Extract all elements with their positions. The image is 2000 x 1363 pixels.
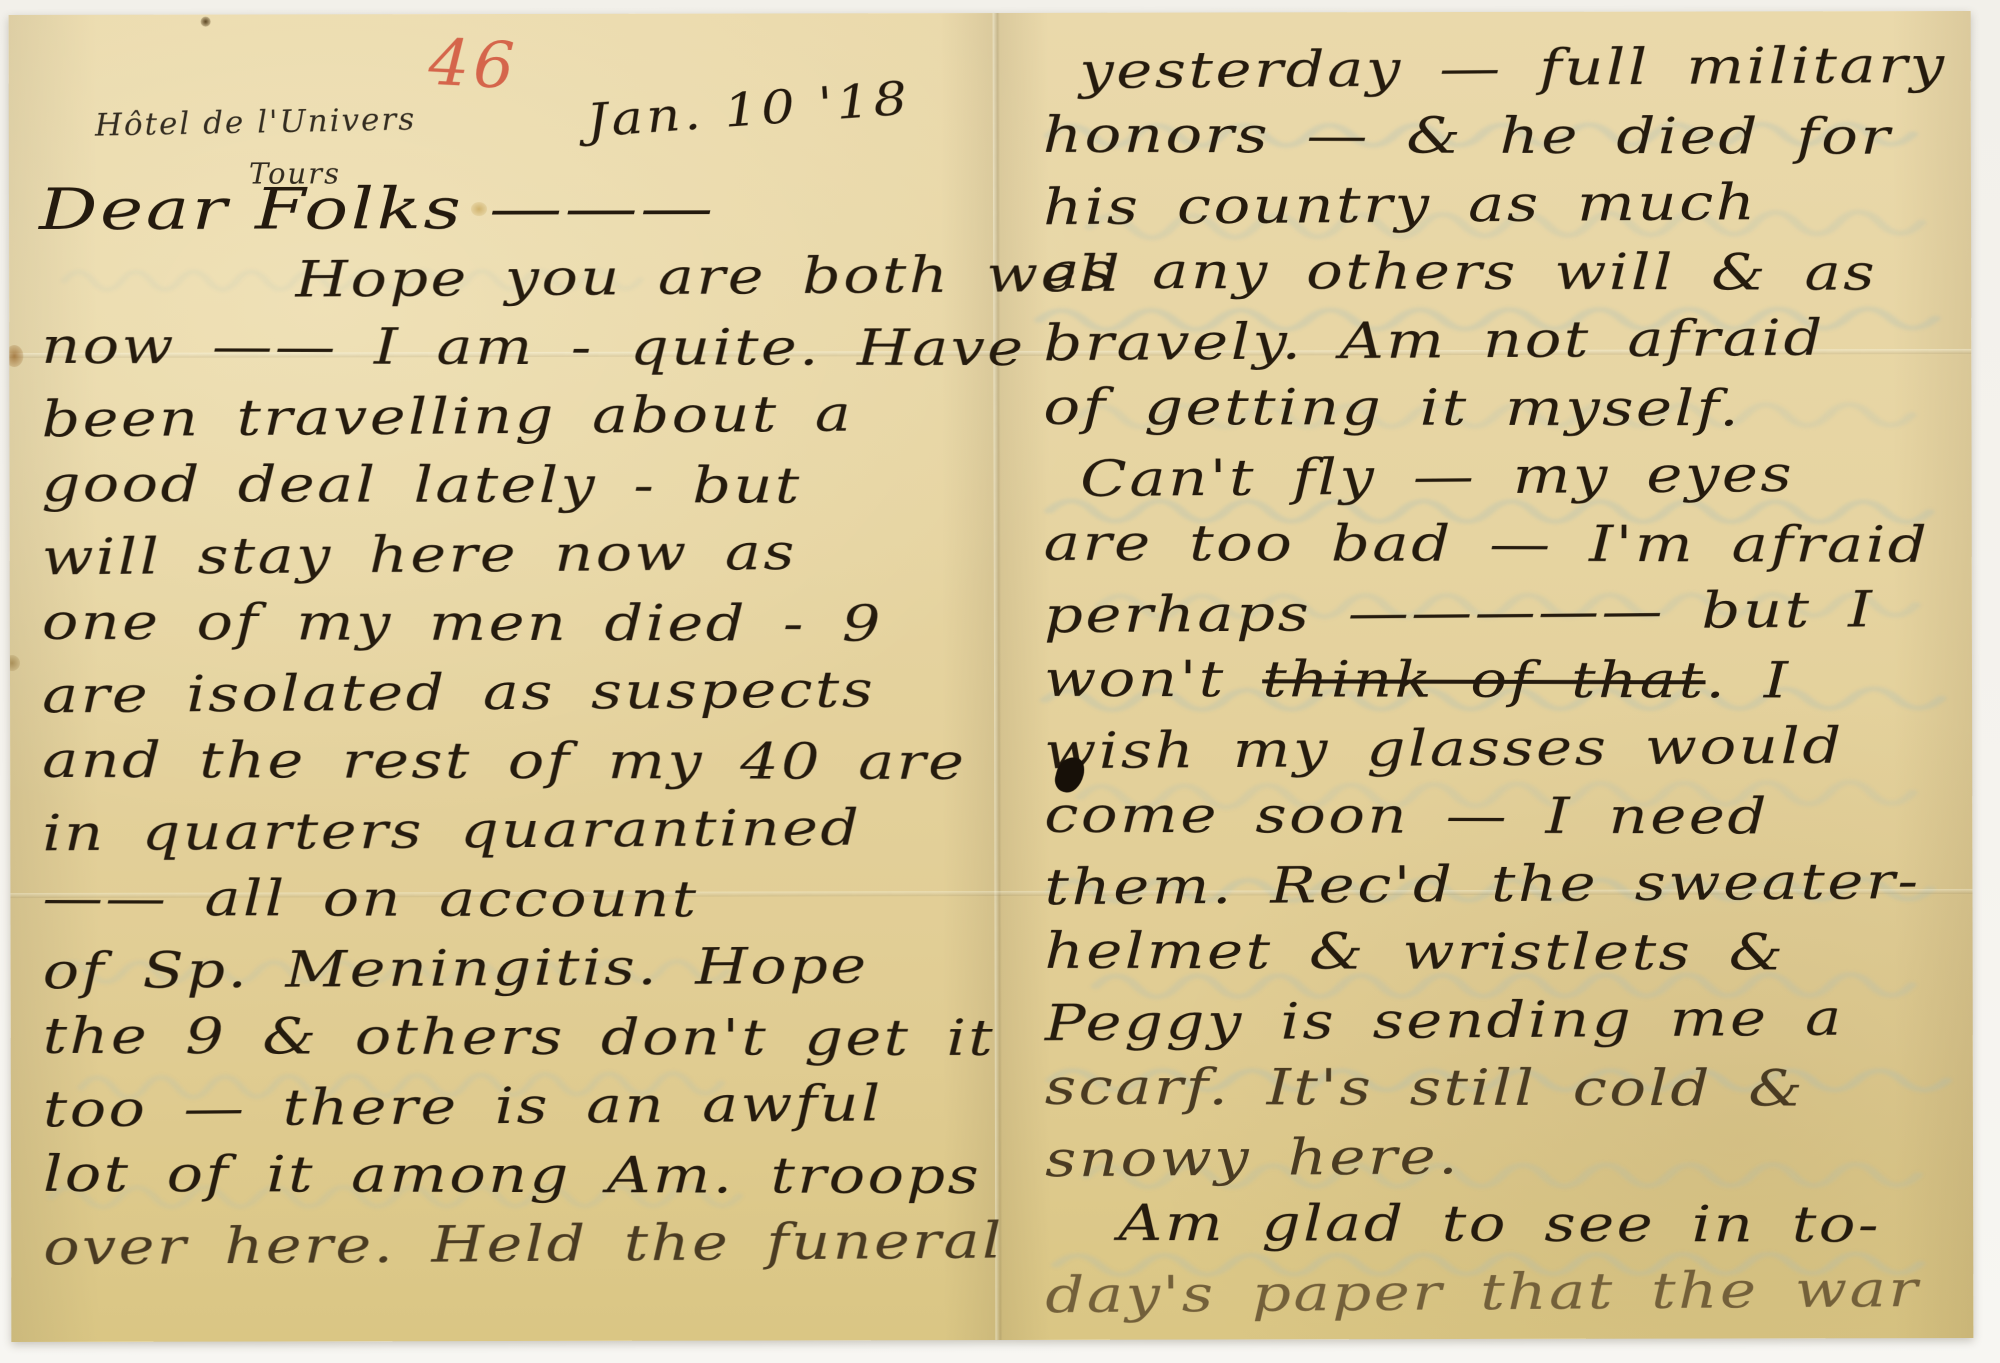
- handwritten-line-with-strikethrough: won't think of that. I: [1044, 645, 1974, 715]
- handwritten-line: day's paper that the war: [1045, 1255, 1973, 1330]
- handwritten-line: too — there is an awful: [43, 1069, 1000, 1145]
- letter-sheet: Hôtel de l'Univers Tours 46 Jan. 10 '18 …: [9, 11, 1974, 1342]
- handwritten-line: of Sp. Meningitis. Hope: [42, 931, 999, 1007]
- handwritten-line: of getting it myself.: [1043, 373, 1973, 443]
- handwritten-line: one of my men died - 9: [42, 588, 998, 659]
- salutation: Dear Folks ———: [39, 176, 716, 243]
- handwritten-line: Can't fly — my eyes: [1043, 439, 1973, 514]
- handwritten-line: been travelling about a: [41, 379, 998, 455]
- handwritten-line: Hope you are both well: [41, 241, 998, 317]
- archival-number-stamp: 46: [427, 26, 520, 104]
- handwritten-line: snowy here.: [1045, 1119, 1974, 1194]
- handwritten-line: are isolated as suspects: [42, 655, 999, 731]
- line-fragment: . I: [1705, 651, 1790, 709]
- foxing-stain: [9, 345, 24, 367]
- handwritten-line: lot of it among Am. troops: [43, 1140, 999, 1211]
- handwritten-line: over here. Held the funeral: [43, 1207, 1000, 1283]
- date: Jan. 10 '18: [585, 71, 912, 148]
- handwritten-line: wish my glasses would: [1044, 711, 1974, 786]
- page-right: yesterday — full military honors — & he …: [1017, 11, 1970, 1340]
- handwritten-line: in quarters quarantined: [42, 793, 999, 869]
- handwritten-line: the 9 & others don't get it: [43, 1002, 999, 1073]
- handwritten-line: are too bad — I'm afraid: [1044, 509, 1974, 579]
- foxing-stain: [9, 655, 20, 671]
- handwritten-line: good deal lately - but: [41, 450, 997, 521]
- handwritten-line: —— all on account: [42, 864, 998, 935]
- line-fragment: won't: [1044, 650, 1262, 708]
- right-page-body: yesterday — full military honors — & he …: [1043, 33, 1974, 1327]
- handwritten-line: as any others will & as: [1043, 237, 1973, 307]
- handwritten-line: helmet & wristlets &: [1044, 917, 1973, 987]
- struck-text: think of that: [1262, 650, 1706, 709]
- handwritten-line: his country as much: [1043, 167, 1974, 242]
- handwritten-line: them. Rec'd the sweater-: [1044, 847, 1973, 922]
- handwritten-line: scarf. It's still cold &: [1045, 1053, 1974, 1123]
- handwritten-line: now —— I am - quite. Have: [41, 312, 997, 383]
- handwritten-line: yesterday — full military: [1042, 31, 1973, 106]
- left-page-body: Hope you are both well now —— I am - qui…: [41, 243, 999, 1280]
- handwritten-line: and the rest of my 40 are: [42, 726, 998, 797]
- page-left: Hôtel de l'Univers Tours 46 Jan. 10 '18 …: [37, 13, 985, 1342]
- handwritten-line: Am glad to see in to-: [1045, 1189, 1973, 1259]
- handwritten-line: honors — & he died for: [1043, 101, 1974, 171]
- handwritten-line: perhaps ————— but I: [1044, 575, 1974, 650]
- handwritten-line: come soon — I need: [1044, 781, 1973, 851]
- handwritten-line: bravely. Am not afraid: [1043, 303, 1973, 378]
- handwritten-line: will stay here now as: [41, 517, 998, 593]
- handwritten-line: Peggy is sending me a: [1044, 983, 1973, 1058]
- letterhead-hotel-name: Hôtel de l'Univers: [95, 101, 417, 143]
